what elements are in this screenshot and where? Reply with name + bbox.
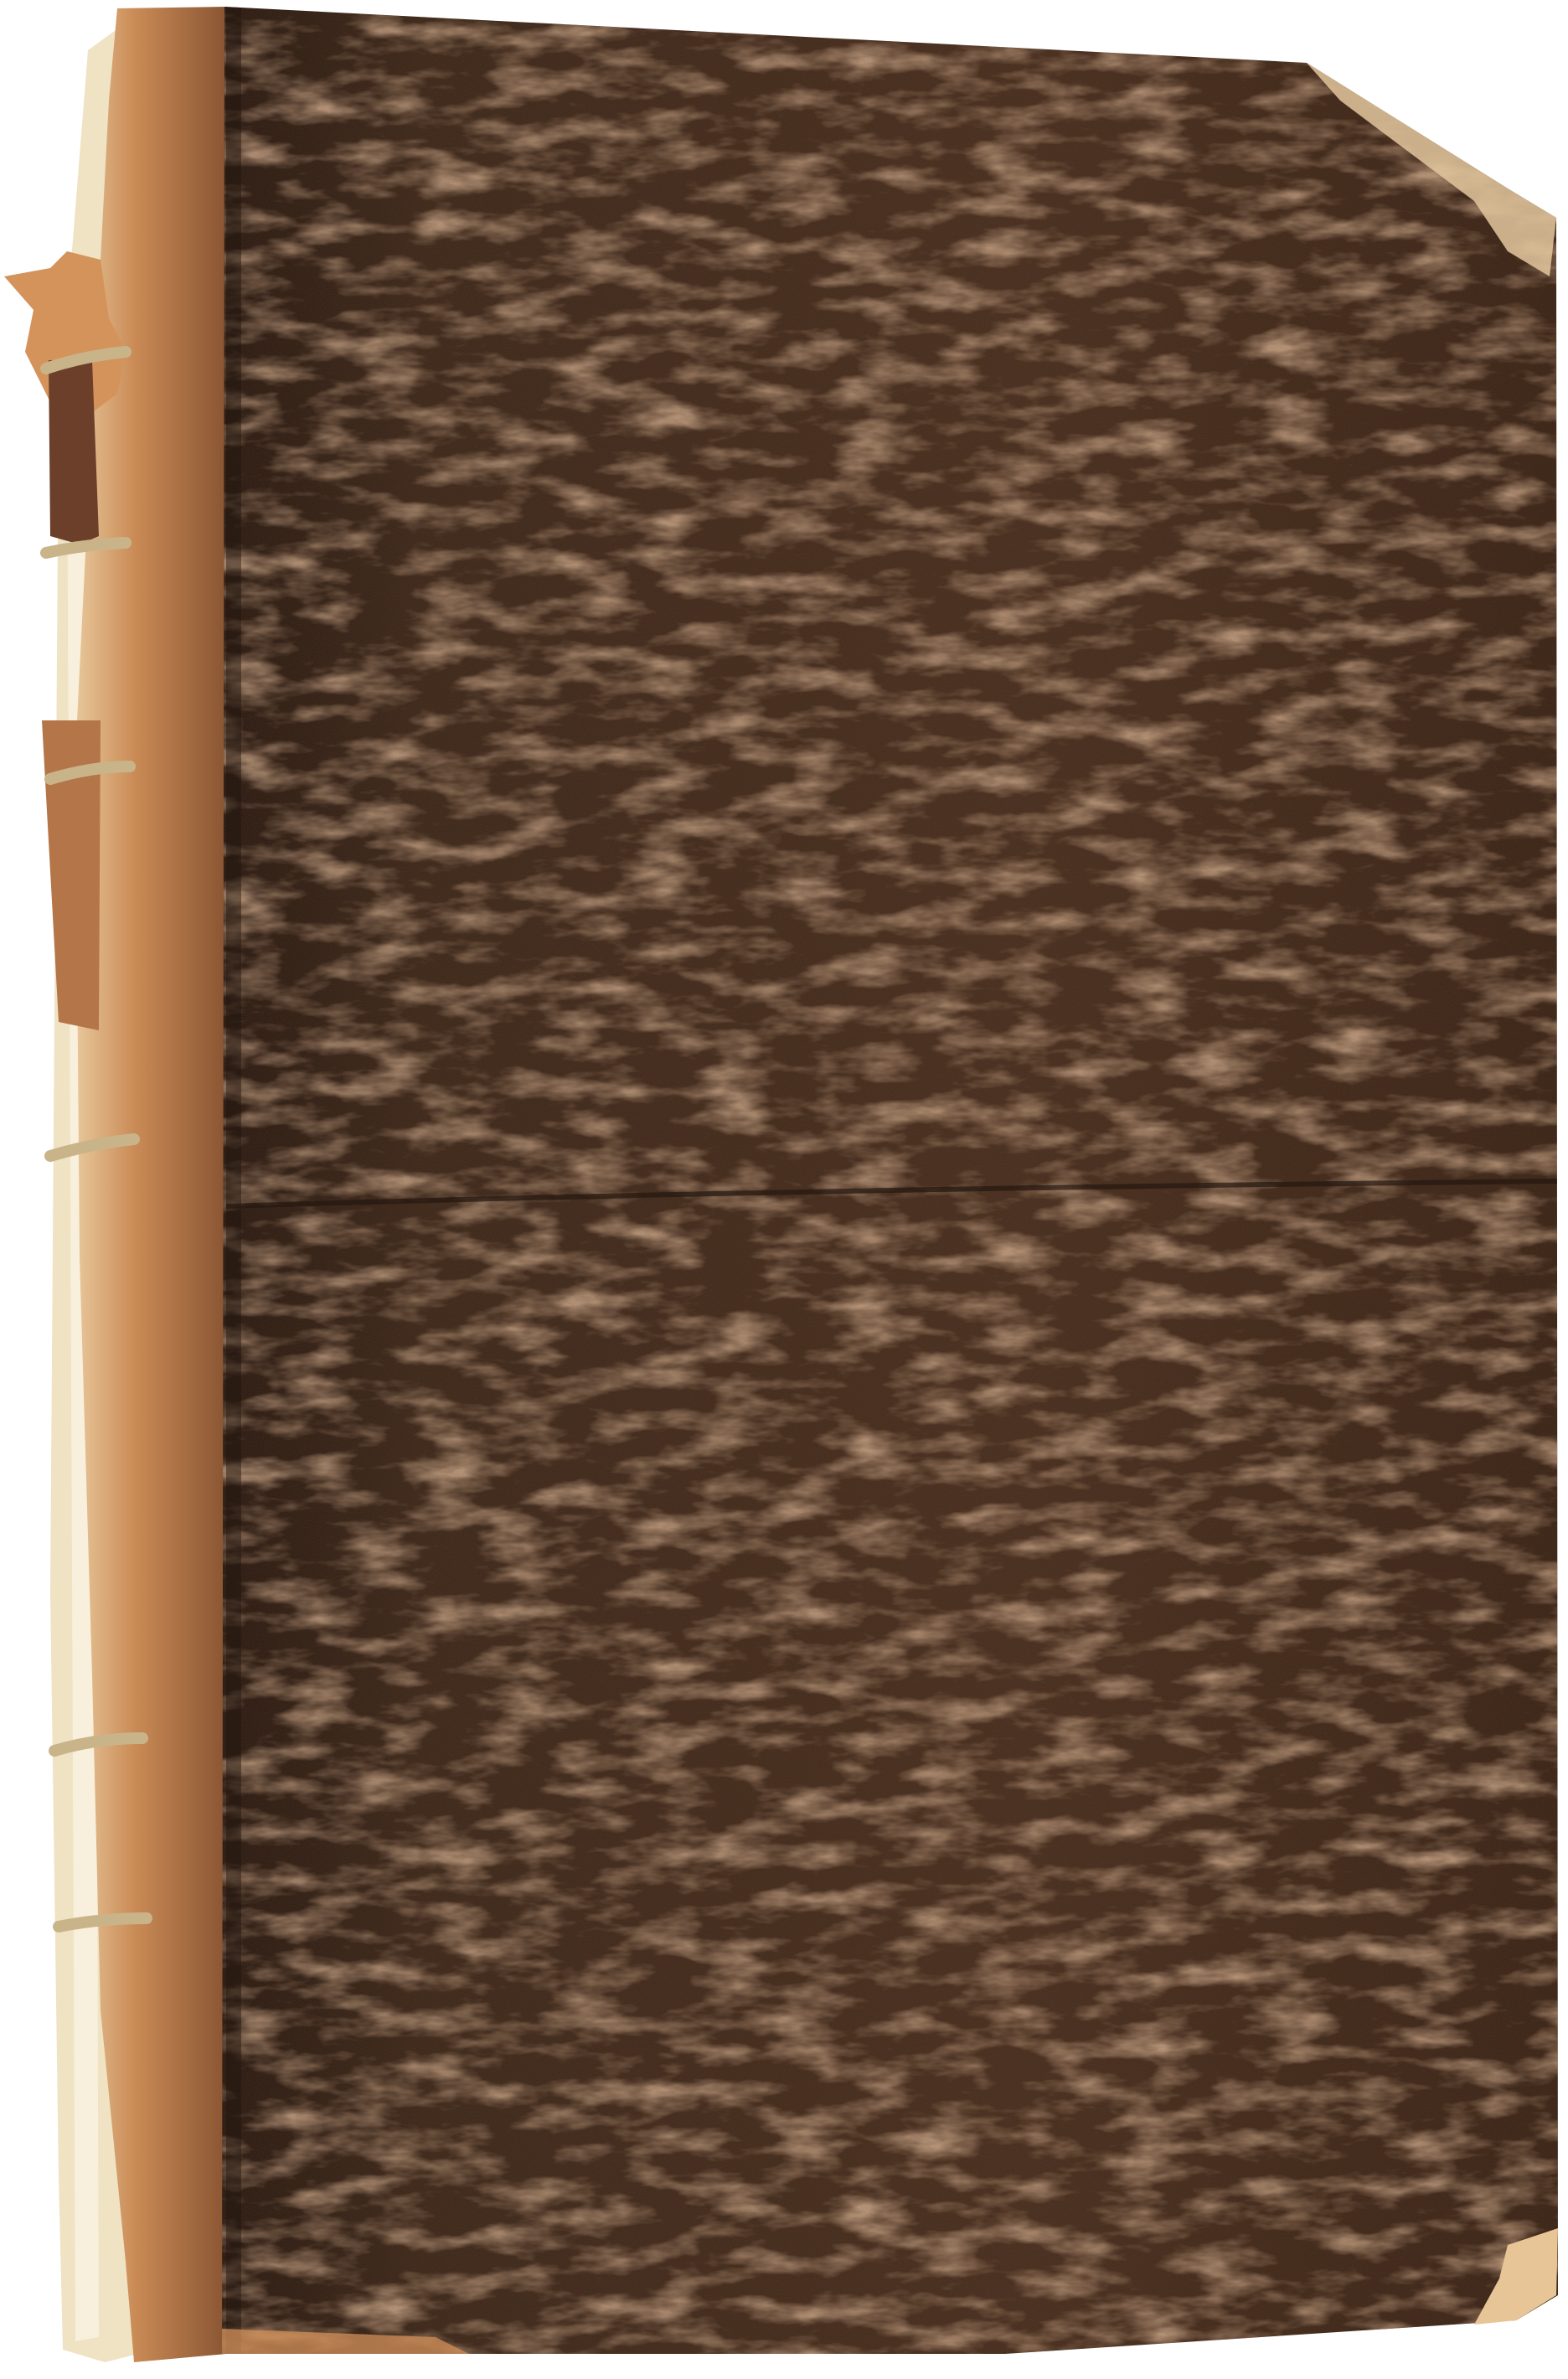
book-illustration xyxy=(0,0,1568,2379)
book-photo: Antique book, front cover view xyxy=(0,0,1568,2379)
spine xyxy=(4,7,226,2362)
front-cover xyxy=(218,0,1568,2379)
